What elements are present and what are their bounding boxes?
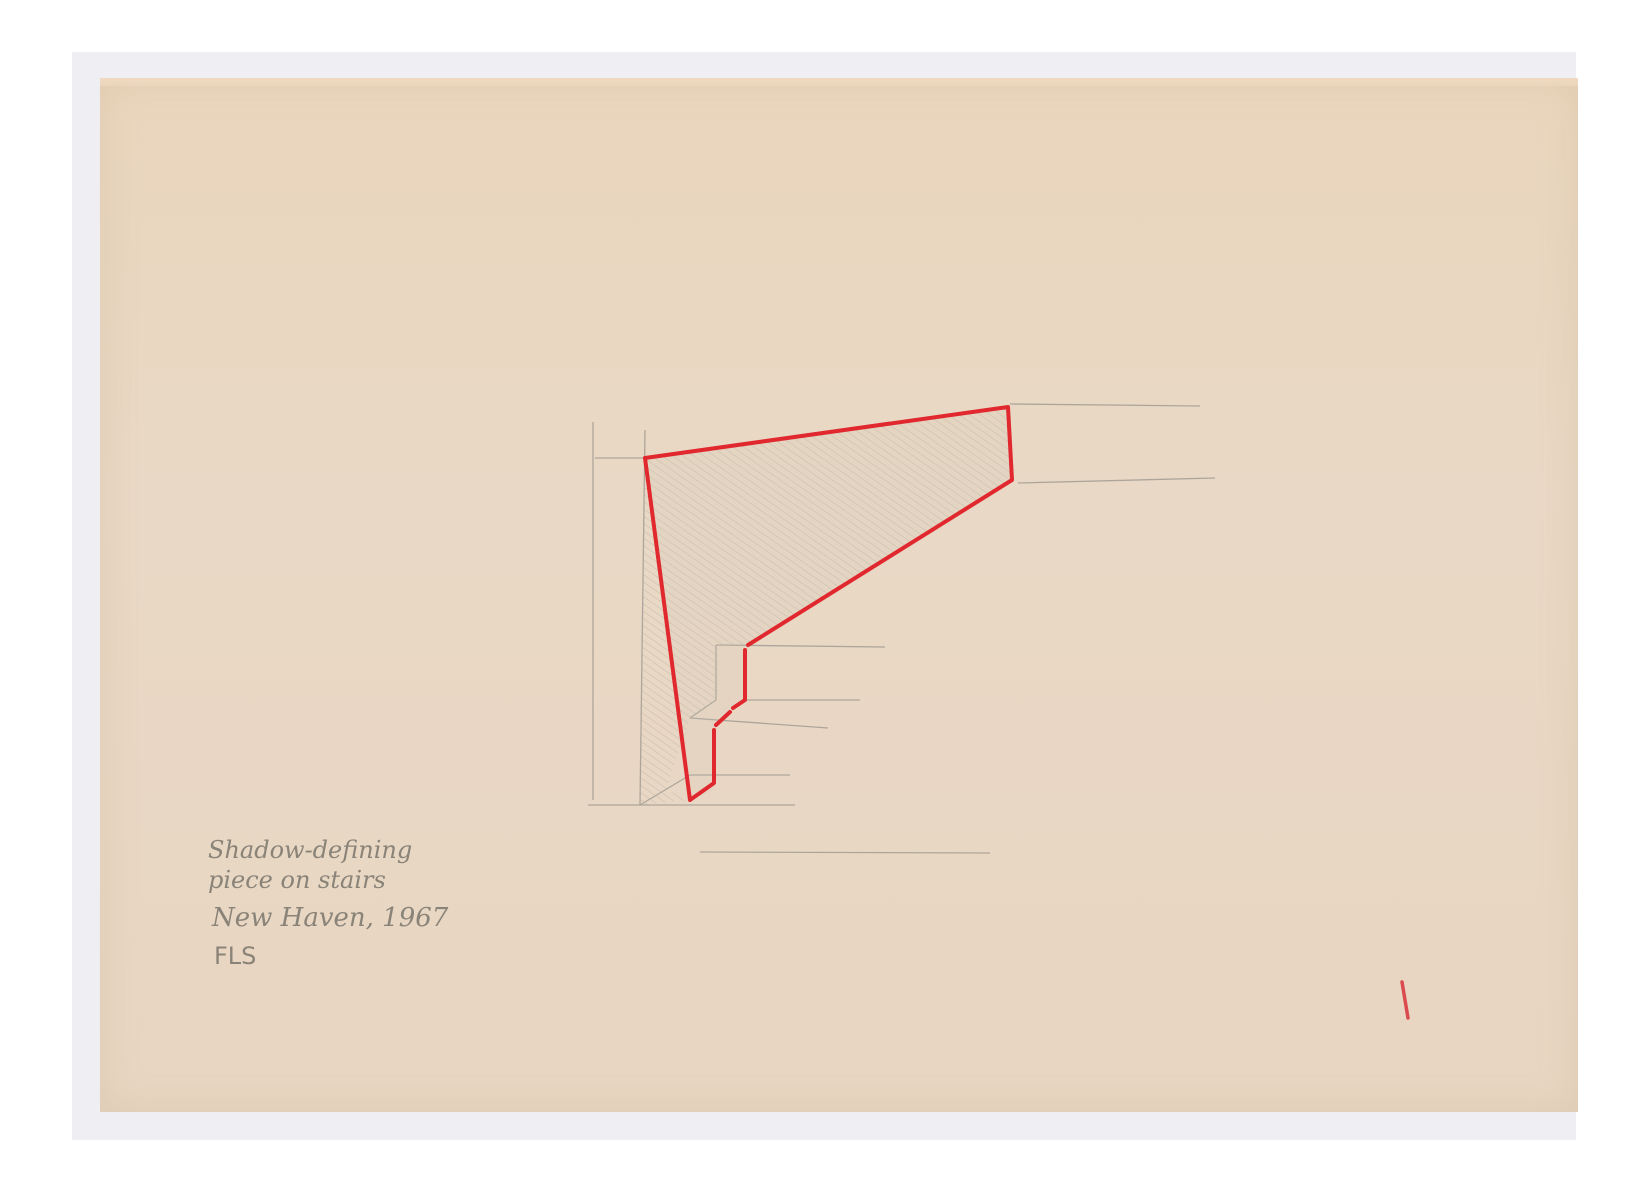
annotation-signature: FLS (214, 944, 256, 968)
annotation-line-2: piece on stairs (208, 868, 386, 892)
annotation-line-3: New Haven, 1967 (212, 905, 448, 931)
annotation-line-1: Shadow-defining (208, 838, 412, 862)
red-mark (1402, 982, 1408, 1018)
stair-shadow-drawing (0, 0, 1650, 1203)
